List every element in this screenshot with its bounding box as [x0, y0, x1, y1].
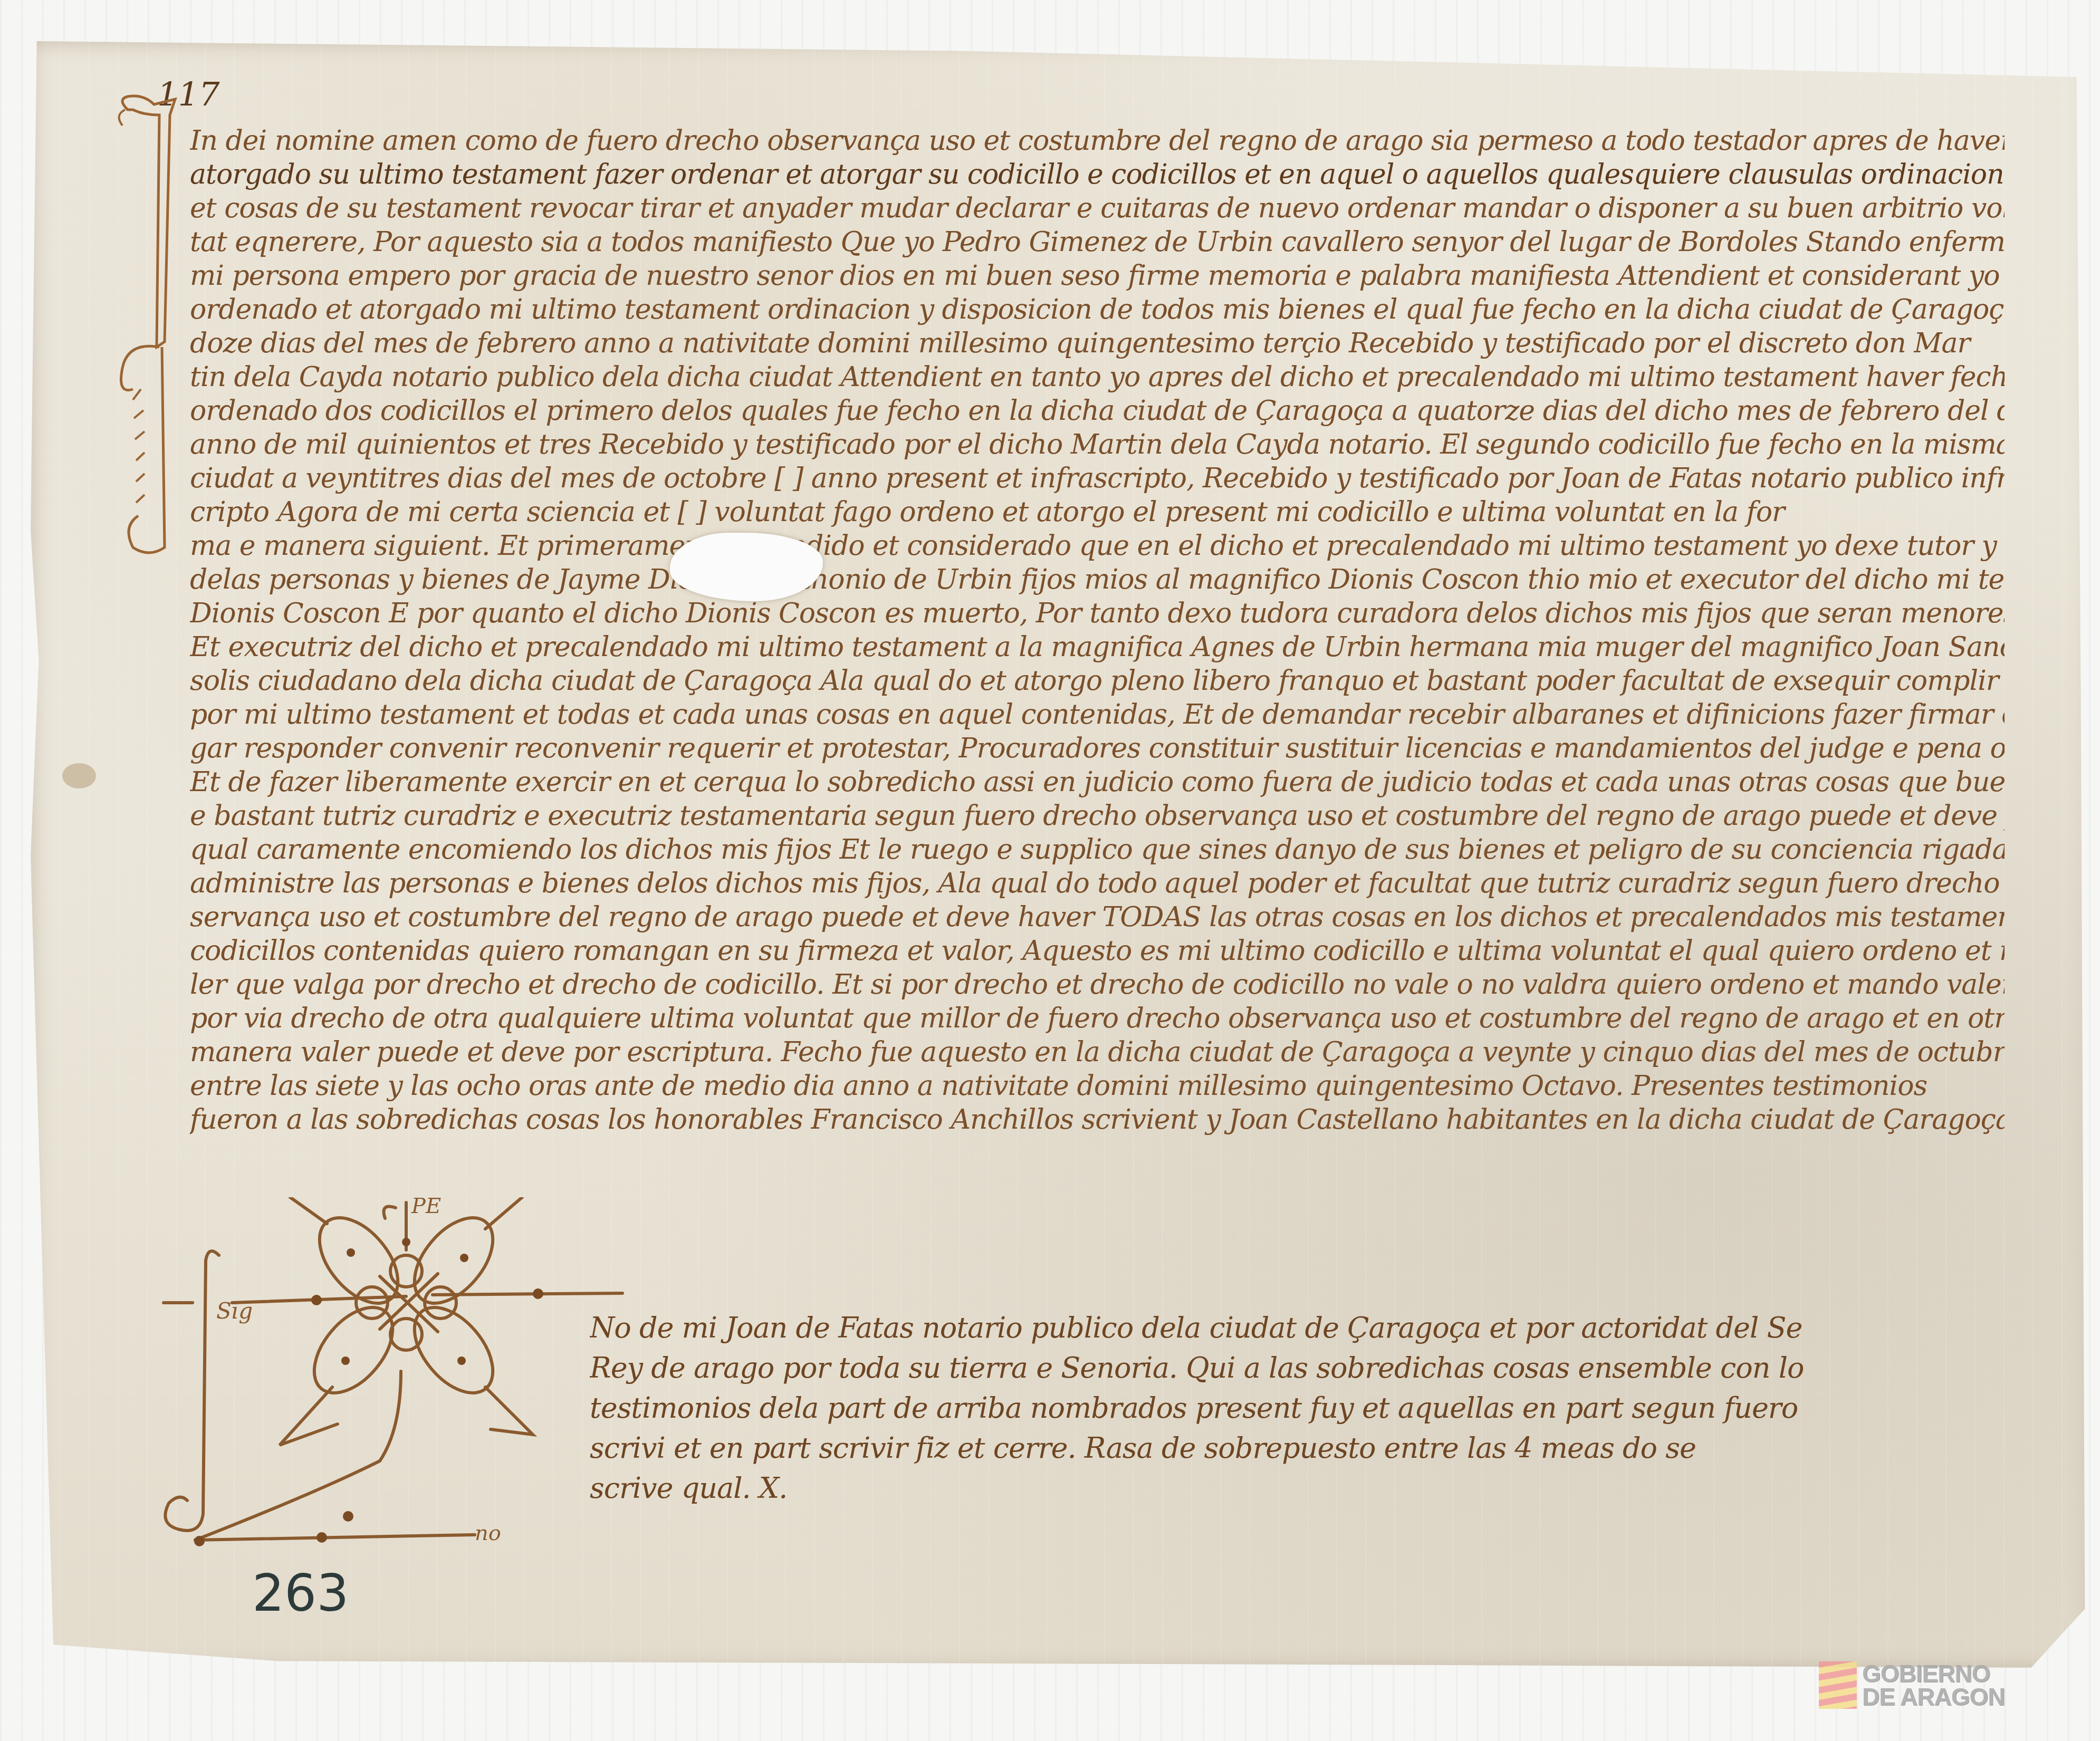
text-line: solis ciudadano dela dicha ciudat de Çar… — [190, 664, 2005, 698]
text-line: por via drecho de otra qualquiere ultima… — [190, 1002, 2005, 1035]
subscription-line: No de mi Joan de Fatas notario publico d… — [590, 1308, 1803, 1348]
notarial-sign-icon: Sig PE no — [158, 1197, 633, 1566]
text-line: ordenado dos codicillos el primero delos… — [190, 394, 2005, 428]
text-line: Et executriz del dicho et precalendado m… — [190, 630, 2005, 664]
subscription-line: testimonios dela part de arriba nombrado… — [590, 1388, 1803, 1428]
left-edge-tear — [62, 763, 96, 788]
text-line: por mi ultimo testament et todas et cada… — [190, 698, 2005, 732]
text-line: delas personas y bienes de Jayme Dionis … — [190, 563, 2005, 597]
notary-subscription: No de mi Joan de Fatas notario publico d… — [590, 1308, 1803, 1508]
text-line: manera valer puede et deve por escriptur… — [190, 1035, 2005, 1069]
text-line: qual caramente encomiendo los dichos mis… — [190, 833, 2005, 867]
watermark-text: GOBIERNO DE ARAGON — [1862, 1662, 2005, 1708]
sign-label-top: PE — [411, 1197, 441, 1218]
sign-label-left: Sig — [216, 1298, 253, 1324]
text-line: gar responder convenir reconvenir requer… — [190, 732, 2005, 765]
aragon-flag-icon — [1819, 1661, 1857, 1709]
text-line: Dionis Coscon E por quanto el dicho Dion… — [190, 597, 2005, 630]
text-line: ciudat a veyntitres dias del mes de octo… — [190, 461, 2005, 495]
text-line: entre las siete y las ocho oras ante de … — [190, 1069, 2005, 1103]
subscription-line: scrivi et en part scrivir fiz et cerre. … — [590, 1428, 1803, 1468]
archive-number: 263 — [252, 1564, 349, 1623]
text-line: et cosas de su testament revocar tirar e… — [190, 191, 2005, 225]
watermark-line-2: DE ARAGON — [1862, 1685, 2005, 1708]
gobierno-de-aragon-watermark: GOBIERNO DE ARAGON — [1819, 1661, 2005, 1709]
text-line: anno de mil quinientos et tres Recebido … — [190, 428, 2005, 461]
text-line: doze dias del mes de febrero anno a nati… — [190, 326, 2005, 360]
text-line: tat eqnerere, Por aquesto sia a todos ma… — [190, 225, 2005, 259]
text-line: ma e manera siguient. Et primeramente at… — [190, 529, 2005, 563]
text-line: ler que valga por drecho et drecho de co… — [190, 968, 2005, 1002]
decorated-initial-i-icon — [112, 94, 186, 558]
text-line: In dei nomine amen como de fuero drecho … — [190, 124, 2005, 158]
text-line: e bastant tutriz curadriz e executriz te… — [190, 799, 2005, 833]
text-line: tin dela Cayda notario publico dela dich… — [190, 360, 2005, 394]
text-line: fueron a las sobredichas cosas los honor… — [190, 1103, 2005, 1137]
testament-body: In dei nomine amen como de fuero drecho … — [190, 124, 2005, 1137]
subscription-line: scrive qual. X. — [590, 1468, 1803, 1508]
text-line: ordenado et atorgado mi ultimo testament… — [190, 293, 2005, 326]
parchment-hole — [670, 533, 823, 601]
text-line: atorgado su ultimo testament fazer orden… — [190, 158, 2005, 191]
text-line: mi persona empero por gracia de nuestro … — [190, 259, 2005, 293]
text-line: Et de fazer liberamente exercir en et ce… — [190, 765, 2005, 799]
text-line: cripto Agora de mi certa sciencia et [ ]… — [190, 495, 2005, 529]
text-line: codicillos contenidas quiero romangan en… — [190, 934, 2005, 968]
subscription-line: Rey de arago por toda su tierra e Senori… — [590, 1348, 1803, 1388]
text-line: administre las personas e bienes delos d… — [190, 867, 2005, 900]
watermark-line-1: GOBIERNO — [1862, 1662, 2005, 1685]
text-line: servança uso et costumbre del regno de a… — [190, 900, 2005, 934]
sign-label-bottom: no — [475, 1521, 501, 1545]
